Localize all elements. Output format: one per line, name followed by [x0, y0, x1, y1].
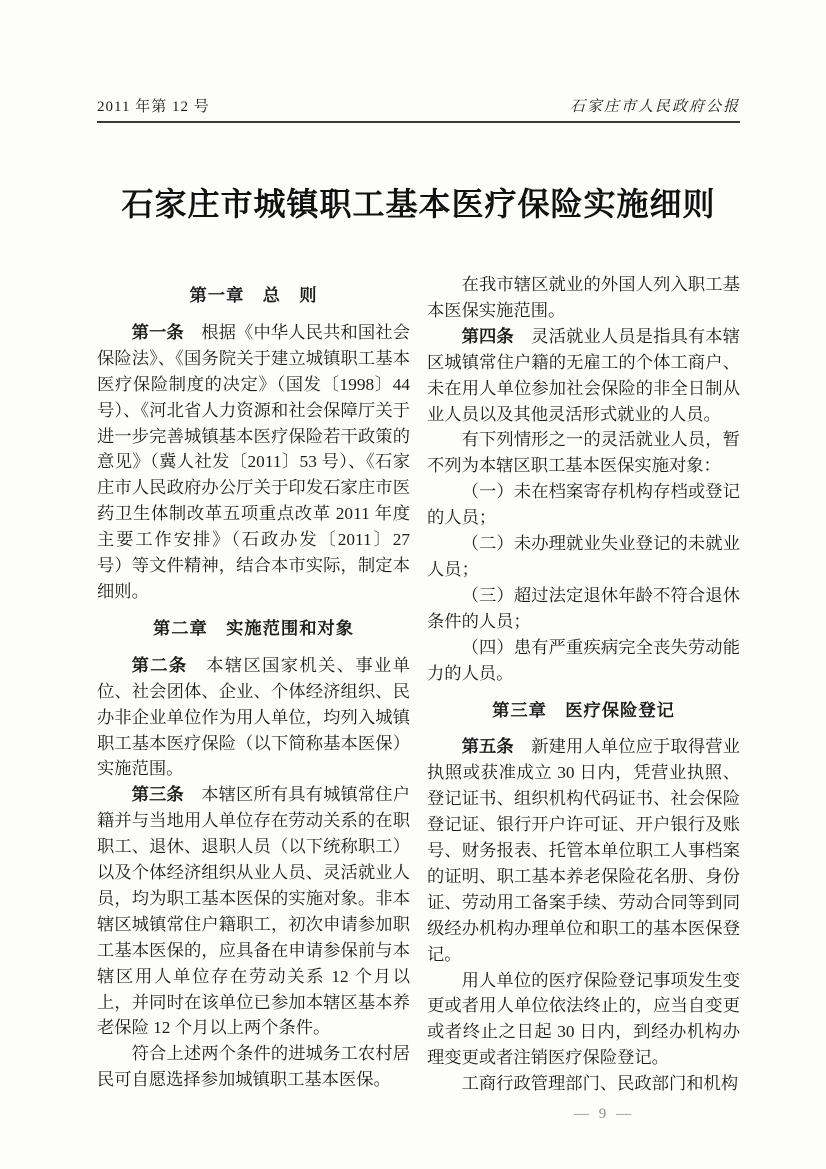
left-column: 第一章 总 则第一条 根据《中华人民共和国社会保险法》、《国务院关于建立城镇职工…: [97, 272, 410, 1097]
running-head: 2011 年第 12 号 石家庄市人民政府公报: [97, 95, 740, 123]
article-number: 第二条: [132, 656, 188, 675]
page-footer: — 9 —: [97, 1106, 740, 1123]
paragraph: 第五条 新建用人单位应于取得营业执照或获准成立 30 日内，凭营业执照、登记证书…: [427, 734, 740, 967]
paragraph: 第二条 本辖区国家机关、事业单位、社会团体、企业、个体经济组织、民办非企业单位作…: [97, 653, 410, 783]
article-number: 第四条: [462, 327, 514, 346]
chapter-heading: 第一章 总 则: [97, 283, 410, 309]
paragraph: （三）超过法定退休年龄不符合退休条件的人员；: [427, 583, 740, 635]
body-columns: 第一章 总 则第一条 根据《中华人民共和国社会保险法》、《国务院关于建立城镇职工…: [97, 272, 740, 1097]
article-number: 第三条: [132, 785, 184, 804]
paragraph: （一）未在档案寄存机构存档或登记的人员；: [427, 479, 740, 531]
paragraph: 用人单位的医疗保险登记事项发生变更或者用人单位依法终止的，应当自变更或者终止之日…: [427, 968, 740, 1072]
article-number: 第五条: [462, 737, 514, 756]
paragraph: 第四条 灵活就业人员是指具有本辖区城镇常住户籍的无雇工的个体工商户、未在用人单位…: [427, 324, 740, 428]
article-number: 第一条: [132, 323, 184, 342]
paragraph: 第一条 根据《中华人民共和国社会保险法》、《国务院关于建立城镇职工基本医疗保险制…: [97, 320, 410, 605]
paragraph: 在我市辖区就业的外国人列入职工基本医保实施范围。: [427, 272, 740, 324]
issue-number: 2011 年第 12 号: [97, 95, 210, 116]
right-column: 在我市辖区就业的外国人列入职工基本医保实施范围。第四条 灵活就业人员是指具有本辖…: [427, 272, 740, 1097]
gazette-name: 石家庄市人民政府公报: [570, 95, 740, 116]
chapter-heading: 第三章 医疗保险登记: [427, 698, 740, 724]
paragraph: 第三条 本辖区所有具有城镇常住户籍并与当地用人单位存在劳动关系的在职职工、退休、…: [97, 782, 410, 1041]
paragraph: 有下列情形之一的灵活就业人员，暂不列为本辖区职工基本医保实施对象：: [427, 427, 740, 479]
chapter-heading: 第二章 实施范围和对象: [97, 616, 410, 642]
paragraph: （四）患有严重疾病完全丧失劳动能力的人员。: [427, 635, 740, 687]
paragraph: 符合上述两个条件的进城务工农村居民可自愿选择参加城镇职工基本医保。: [97, 1041, 410, 1093]
page-number: — 9 —: [574, 1106, 634, 1122]
document-page: 2011 年第 12 号 石家庄市人民政府公报 石家庄市城镇职工基本医疗保险实施…: [0, 0, 826, 1169]
paragraph: 工商行政管理部门、民政部门和机构: [427, 1071, 740, 1097]
document-title: 石家庄市城镇职工基本医疗保险实施细则: [97, 179, 740, 225]
paragraph: （二）未办理就业失业登记的未就业人员；: [427, 531, 740, 583]
